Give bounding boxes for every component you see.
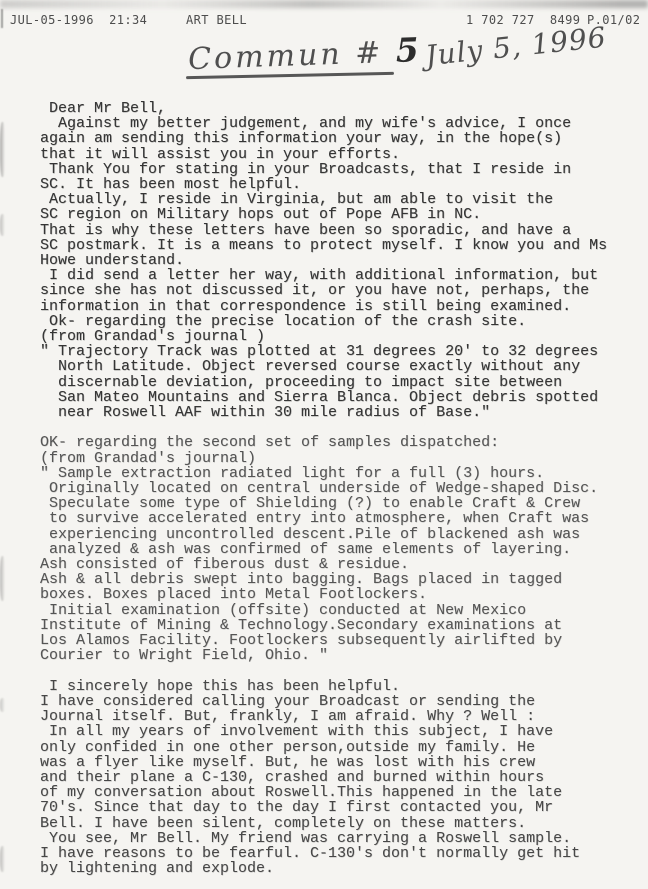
handwritten-title: Commun # 5 [187, 30, 422, 77]
scan-artifact-smudge [0, 698, 5, 712]
letter-body: Dear Mr Bell, Against my better judgemen… [40, 101, 607, 889]
scan-artifact-smudge [0, 122, 5, 177]
scan-artifact-top-band [0, 0, 648, 8]
letter-paragraph-intro: Dear Mr Bell, Against my better judgemen… [40, 101, 607, 420]
handwritten-title-text: Commun # [188, 35, 397, 77]
fax-timestamp: JUL-05-1996 21:34 [10, 13, 147, 27]
scan-artifact-edge-line [1, 9, 3, 28]
scan-artifact-smudge [0, 214, 5, 236]
letter-paragraph-samples: OK- regarding the second set of samples … [40, 435, 607, 663]
fax-sender-name: ART BELL [186, 13, 247, 27]
fax-page: JUL-05-1996 21:34 ART BELL 1 702 727 849… [0, 0, 648, 889]
scan-artifact-smudge [0, 846, 5, 872]
handwritten-title-number: 5 [395, 30, 422, 70]
handwritten-date: July 5, 1996 [424, 21, 608, 73]
scan-artifact-smudge [0, 556, 5, 601]
letter-paragraph-closing: I sincerely hope this has been helpful. … [40, 679, 607, 877]
